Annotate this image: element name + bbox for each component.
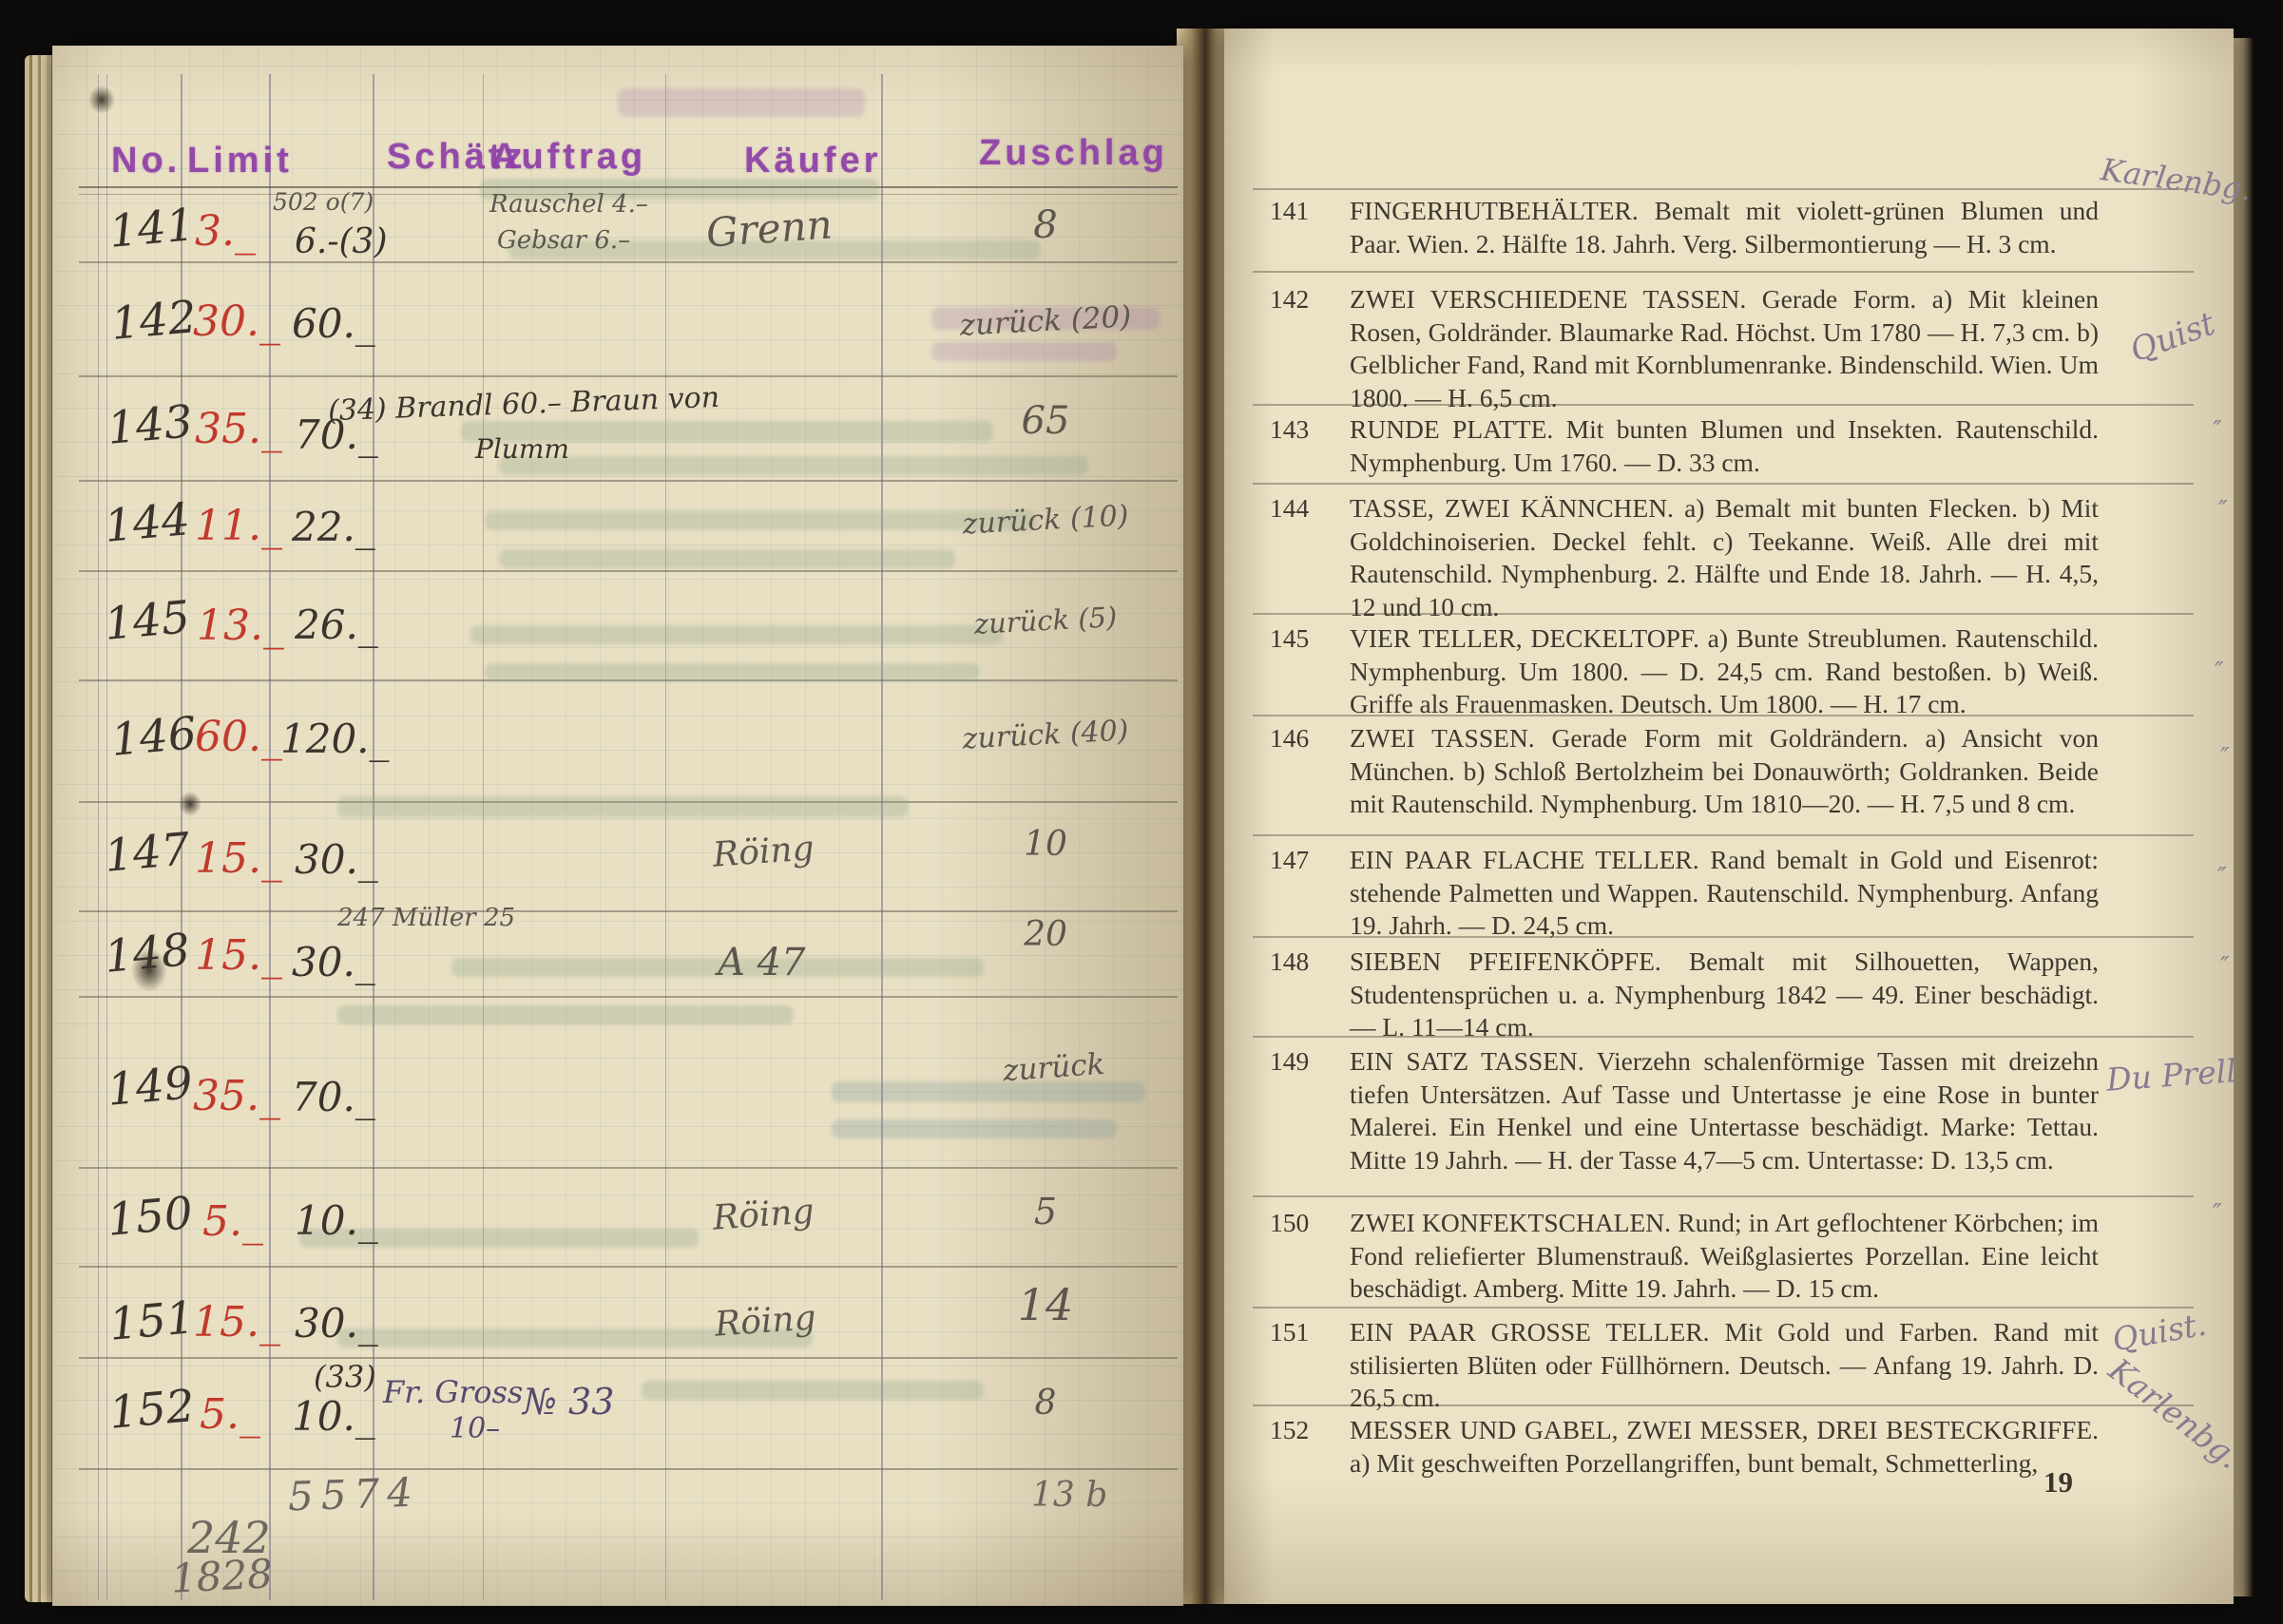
- limit-value: 3._: [195, 207, 256, 256]
- catalog-entry: 150 ZWEI KONFEKTSCHALEN. Rund; in Art ge…: [1270, 1207, 2099, 1306]
- schaetz-note: (33): [314, 1359, 376, 1395]
- row-separator: [79, 570, 1178, 572]
- zuschlag-value: 20: [908, 915, 1183, 954]
- entry-number: 148: [1270, 946, 1350, 979]
- bleedthrough-text: [499, 456, 1088, 475]
- entry-number: 147: [1270, 844, 1350, 877]
- catalog-entry: 146 ZWEI TASSEN. Gerade Form mit Goldrän…: [1270, 722, 2099, 821]
- limit-value: 5._: [202, 1197, 263, 1246]
- ledger-page: No. Limit Schätz Auftrag Käufer Zuschlag…: [52, 46, 1183, 1606]
- lot-number: 142: [109, 291, 199, 351]
- schaetz-value: 6.-(3): [295, 222, 388, 261]
- lot-number: 147: [103, 823, 192, 883]
- schaetz-value: 10._: [292, 1393, 375, 1440]
- right-page-edge: [2232, 38, 2253, 1596]
- entry-text: ZWEI KONFEKTSCHALEN. Rund; in Art gefloc…: [1350, 1207, 2099, 1306]
- limit-value: 15._: [193, 1298, 280, 1347]
- bleedthrough-text: [337, 796, 908, 817]
- entry-text: ZWEI VERSCHIEDENE TASSEN. Gerade Form. a…: [1350, 283, 2099, 414]
- entry-number: 144: [1270, 492, 1350, 525]
- zuschlag-value: 14: [908, 1279, 1183, 1330]
- column-header-auftrag: Auftrag: [491, 137, 646, 178]
- entry-number: 142: [1270, 283, 1350, 316]
- zuschlag-value: 10: [908, 825, 1183, 864]
- schaetz-value: 60._: [292, 300, 375, 347]
- entry-separator: [1253, 834, 2194, 836]
- limit-value: 60._: [195, 713, 282, 761]
- zuschlag-value: 5: [908, 1191, 1183, 1232]
- limit-value: 13._: [197, 602, 284, 650]
- column-header-limit: Limit: [187, 141, 293, 182]
- zuschlag-value: 8: [908, 1384, 1183, 1423]
- auftrag-line: Gebsar 6.–: [497, 226, 630, 255]
- bleedthrough-text: [499, 549, 955, 568]
- auftrag-annotation: Plumm: [475, 433, 569, 465]
- margin-ditto-mark: ″: [2217, 863, 2227, 891]
- lot-number: 141: [107, 199, 197, 258]
- schaetz-value: 120._: [280, 716, 390, 762]
- auftrag-line: Fr. Gross: [383, 1374, 523, 1410]
- entry-number: 145: [1270, 622, 1350, 656]
- entry-text: EIN PAAR FLACHE TELLER. Rand bemalt in G…: [1350, 844, 2099, 943]
- lot-number: 146: [109, 707, 199, 767]
- entry-number: 152: [1270, 1414, 1350, 1447]
- lot-number: 150: [106, 1187, 195, 1247]
- entry-text: ZWEI TASSEN. Gerade Form mit Goldrändern…: [1350, 722, 2099, 821]
- book-gutter: [1177, 29, 1228, 1604]
- schaetz-column-total: 5574: [287, 1469, 421, 1520]
- catalog-page: 141 FINGERHUTBEHÄLTER. Bemalt mit violet…: [1224, 29, 2234, 1604]
- zuschlag-value: zurück (10): [907, 496, 1183, 544]
- column-header-no: No.: [111, 141, 181, 182]
- limit-value: 5._: [200, 1390, 260, 1439]
- limit-value: 15._: [195, 931, 282, 980]
- bleedthrough-text: [337, 1005, 794, 1024]
- auction-catalog-scan: { "colors":{"stamp_purple":"#8e3fa8","li…: [0, 0, 2283, 1624]
- row-separator: [79, 910, 1178, 912]
- page-number: 19: [2043, 1465, 2073, 1500]
- limit-value: 15._: [195, 834, 282, 883]
- schaetz-note: 502 o(7): [273, 188, 374, 216]
- zuschlag-value: 8: [908, 203, 1183, 247]
- entry-separator: [1253, 1195, 2194, 1197]
- ledger-rule: [881, 74, 883, 1600]
- entry-text: MESSER UND GABEL, ZWEI MESSER, DREI BEST…: [1350, 1414, 2099, 1480]
- lot-number: 143: [106, 395, 195, 455]
- zuschlag-column-total: 13 b: [1031, 1476, 1107, 1515]
- catalog-entry: 141 FINGERHUTBEHÄLTER. Bemalt mit violet…: [1270, 195, 2099, 260]
- entry-separator: [1253, 483, 2194, 485]
- auftrag-line: 10–: [450, 1412, 500, 1445]
- ledger-rule: [665, 74, 666, 1600]
- margin-note: Du Prell: [2105, 1052, 2237, 1098]
- margin-ditto-mark: ″: [2213, 1199, 2222, 1228]
- entry-text: FINGERHUTBEHÄLTER. Bemalt mit violett-gr…: [1350, 195, 2099, 260]
- column-header-zuschlag: Zuschlag: [979, 133, 1168, 174]
- row-separator: [79, 1468, 1178, 1470]
- schaetz-value: 10._: [295, 1197, 378, 1244]
- entry-text: EIN PAAR GROSSE TELLER. Mit Gold und Far…: [1350, 1316, 2099, 1415]
- ink-smudge: [88, 86, 115, 114]
- bleedthrough-text: [832, 1119, 1117, 1138]
- row-separator: [79, 480, 1178, 482]
- entry-separator: [1253, 188, 2194, 190]
- margin-ditto-mark: ″: [2213, 416, 2222, 445]
- zuschlag-value: zurück: [1002, 1042, 1175, 1088]
- schaetz-value: 22._: [292, 504, 375, 550]
- zuschlag-value: 65: [908, 399, 1183, 443]
- schaetz-note: 247 Müller 25: [337, 904, 515, 932]
- bleedthrough-text: [618, 88, 865, 117]
- lot-number: 148: [103, 924, 192, 984]
- margin-note: Karlenbg.: [2099, 151, 2254, 208]
- row-separator: [79, 996, 1178, 998]
- entry-separator: [1253, 271, 2194, 273]
- zuschlag-value: zurück (40): [907, 711, 1183, 758]
- entry-text: SIEBEN PFEIFENKÖPFE. Bemalt mit Silhouet…: [1350, 946, 2099, 1044]
- ledger-rule: [98, 74, 99, 1600]
- ledger-rule: [483, 74, 484, 1600]
- margin-ditto-mark: ″: [2220, 743, 2230, 772]
- lot-number: 144: [103, 493, 192, 553]
- kaeufer-value: Röing: [712, 1192, 815, 1237]
- catalog-entry: 144 TASSE, ZWEI KÄNNCHEN. a) Bemalt mit …: [1270, 492, 2099, 623]
- kaeufer-value: Röing: [712, 829, 815, 874]
- schaetz-value: 30._: [295, 836, 378, 883]
- limit-value: 30._: [193, 297, 280, 346]
- row-separator: [79, 261, 1178, 263]
- kaeufer-value: A 47: [718, 941, 806, 984]
- catalog-entry: 149 EIN SATZ TASSEN. Vierzehn schalenför…: [1270, 1045, 2099, 1176]
- entry-number: 141: [1270, 195, 1350, 228]
- zuschlag-value: zurück (5): [907, 597, 1183, 643]
- limit-value: 35._: [193, 1072, 280, 1120]
- catalog-entry: 148 SIEBEN PFEIFENKÖPFE. Bemalt mit Silh…: [1270, 946, 2099, 1044]
- margin-note: Quist: [2125, 305, 2220, 371]
- row-separator: [79, 375, 1178, 377]
- limit-column-total: 1828: [170, 1550, 274, 1602]
- schaetz-value: 30._: [292, 939, 375, 985]
- catalog-entry: 147 EIN PAAR FLACHE TELLER. Rand bemalt …: [1270, 844, 2099, 943]
- schaetz-value: 70._: [292, 1074, 375, 1120]
- bleedthrough-text: [832, 1081, 1145, 1102]
- row-separator: [79, 1167, 1178, 1169]
- lot-number: 145: [103, 591, 192, 651]
- entry-text: TASSE, ZWEI KÄNNCHEN. a) Bemalt mit bunt…: [1350, 492, 2099, 623]
- bleedthrough-text: [931, 342, 1117, 361]
- limit-value: 11._: [195, 502, 282, 550]
- entry-number: 143: [1270, 413, 1350, 447]
- entry-number: 151: [1270, 1316, 1350, 1349]
- kaeufer-value: Röing: [714, 1298, 817, 1344]
- kaeufer-value: Grenn: [704, 201, 834, 256]
- catalog-entry: 142 ZWEI VERSCHIEDENE TASSEN. Gerade For…: [1270, 283, 2099, 414]
- lot-number: 152: [107, 1380, 197, 1440]
- catalog-entry: 143 RUNDE PLATTE. Mit bunten Blumen und …: [1270, 413, 2099, 479]
- zuschlag-value: zurück (20): [907, 296, 1183, 345]
- entry-number: 149: [1270, 1045, 1350, 1079]
- entry-number: 150: [1270, 1207, 1350, 1240]
- catalog-entry: 152 MESSER UND GABEL, ZWEI MESSER, DREI …: [1270, 1414, 2099, 1480]
- row-separator: [79, 1266, 1178, 1268]
- bleedthrough-text: [485, 663, 979, 680]
- entry-text: EIN SATZ TASSEN. Vierzehn schalenförmige…: [1350, 1045, 2099, 1176]
- margin-ditto-mark: ″: [2218, 496, 2228, 525]
- catalog-entry: 151 EIN PAAR GROSSE TELLER. Mit Gold und…: [1270, 1316, 2099, 1415]
- column-header-kaeufer: Käufer: [744, 141, 881, 182]
- schaetz-value: 30._: [295, 1300, 378, 1347]
- kaeufer-value: № 33: [523, 1381, 614, 1423]
- row-separator: [79, 1357, 1178, 1359]
- auftrag-line: Rauschel 4.–: [489, 190, 648, 219]
- catalog-entry: 145 VIER TELLER, DECKELTOPF. a) Bunte St…: [1270, 622, 2099, 721]
- entry-separator: [1253, 1307, 2194, 1309]
- margin-ditto-mark: ″: [2220, 952, 2230, 981]
- schaetz-value: 26._: [295, 602, 378, 648]
- lot-number: 151: [107, 1291, 197, 1351]
- ink-smudge: [179, 792, 201, 816]
- entry-text: RUNDE PLATTE. Mit bunten Blumen und Inse…: [1350, 413, 2099, 479]
- margin-ditto-mark: ″: [2215, 658, 2224, 686]
- margin-note: Karlenbg.: [2101, 1351, 2247, 1477]
- entry-text: VIER TELLER, DECKELTOPF. a) Bunte Streub…: [1350, 622, 2099, 721]
- entry-number: 146: [1270, 722, 1350, 755]
- limit-value: 35._: [195, 405, 282, 453]
- lot-number: 149: [106, 1057, 195, 1117]
